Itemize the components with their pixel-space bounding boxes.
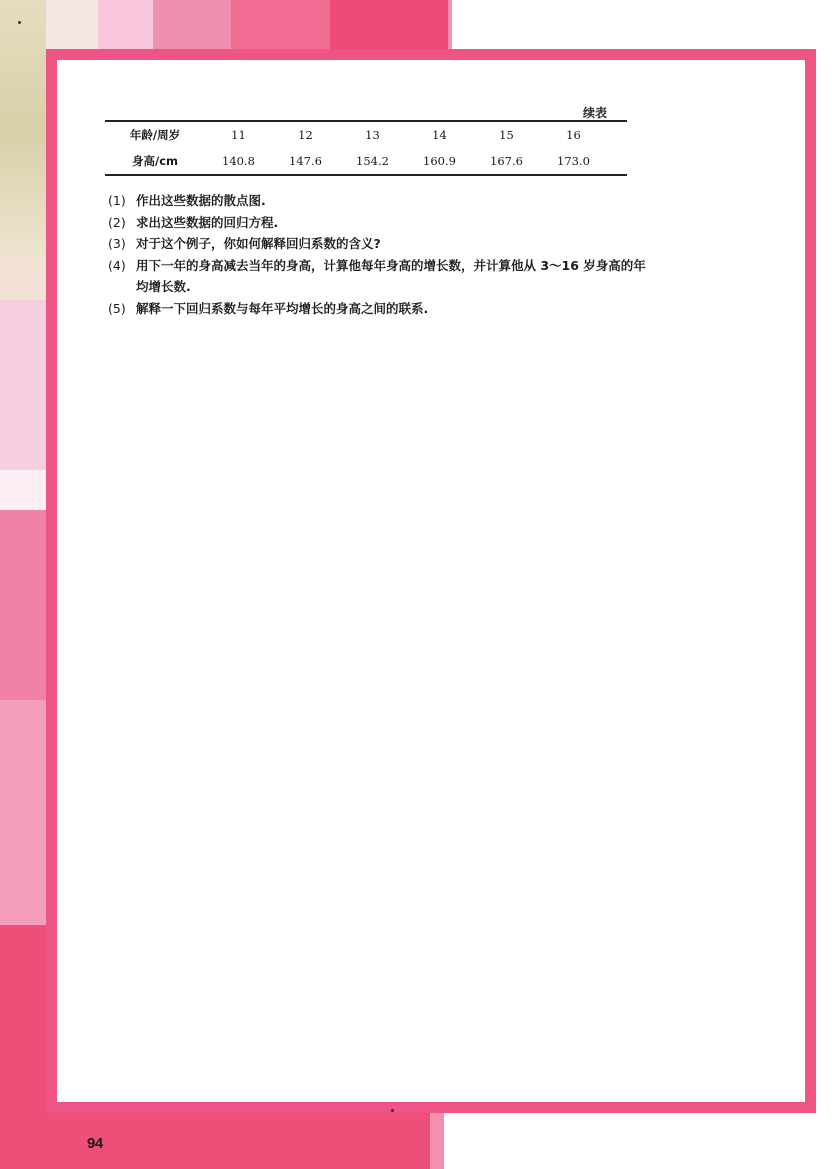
question-number: (1) [108, 190, 136, 212]
table-cell: 11 [205, 128, 272, 142]
table-row-height: 身高/cm 140.8 147.6 154.2 160.9 167.6 173.… [105, 148, 627, 174]
question-text: 对于这个例子，你如何解释回归系数的含义? [136, 233, 808, 255]
decorative-color-strip [0, 260, 46, 300]
question-text: 作出这些数据的散点图. [136, 190, 808, 212]
question-text-continuation: 均增长数. [136, 276, 808, 298]
question-item: (3) 对于这个例子，你如何解释回归系数的含义? [108, 233, 808, 255]
table-cell: 173.0 [540, 154, 607, 168]
decorative-bottom-band-edge [430, 1110, 444, 1169]
question-number: (4) [108, 255, 136, 298]
question-number: (5) [108, 298, 136, 320]
table-row-age: 年龄/周岁 11 12 13 14 15 16 [105, 122, 627, 148]
speck [391, 1109, 394, 1112]
page-number: 94 [87, 1135, 103, 1152]
question-item: (4) 用下一年的身高减去当年的身高，计算他每年身高的增长数，并计算他从 3～1… [108, 255, 808, 298]
table-cell: 147.6 [272, 154, 339, 168]
table-bottom-rule [105, 174, 627, 176]
age-height-table: 年龄/周岁 11 12 13 14 15 16 身高/cm 140.8 147.… [105, 120, 627, 176]
question-text: 用下一年的身高减去当年的身高，计算他每年身高的增长数，并计算他从 3～16 岁身… [136, 255, 808, 277]
decorative-color-strip [0, 510, 46, 710]
table-cell: 14 [406, 128, 473, 142]
decorative-bottom-band [0, 1110, 440, 1169]
table-cell: 13 [339, 128, 406, 142]
table-cell: 15 [473, 128, 540, 142]
question-number: (3) [108, 233, 136, 255]
question-item: (2) 求出这些数据的回归方程. [108, 212, 808, 234]
table-cell: 167.6 [473, 154, 540, 168]
question-item: (1) 作出这些数据的散点图. [108, 190, 808, 212]
row-header-age: 年龄/周岁 [105, 127, 205, 143]
table-cell: 12 [272, 128, 339, 142]
question-text: 解释一下回归系数与每年平均增长的身高之间的联系. [136, 298, 808, 320]
table-cell: 16 [540, 128, 607, 142]
question-item: (5) 解释一下回归系数与每年平均增长的身高之间的联系. [108, 298, 808, 320]
table-cell: 154.2 [339, 154, 406, 168]
table-continued-label: 续表 [583, 104, 607, 121]
table-cell: 140.8 [205, 154, 272, 168]
decorative-color-strip [0, 700, 46, 930]
question-number: (2) [108, 212, 136, 234]
question-text: 求出这些数据的回归方程. [136, 212, 808, 234]
decorative-texture-block [0, 0, 46, 260]
table-cell: 160.9 [406, 154, 473, 168]
speck [18, 21, 21, 24]
row-header-height: 身高/cm [105, 153, 205, 169]
exercise-questions: (1) 作出这些数据的散点图. (2) 求出这些数据的回归方程. (3) 对于这… [108, 190, 808, 319]
decorative-color-strip [0, 470, 46, 510]
question-text-block: 用下一年的身高减去当年的身高，计算他每年身高的增长数，并计算他从 3～16 岁身… [136, 255, 808, 298]
